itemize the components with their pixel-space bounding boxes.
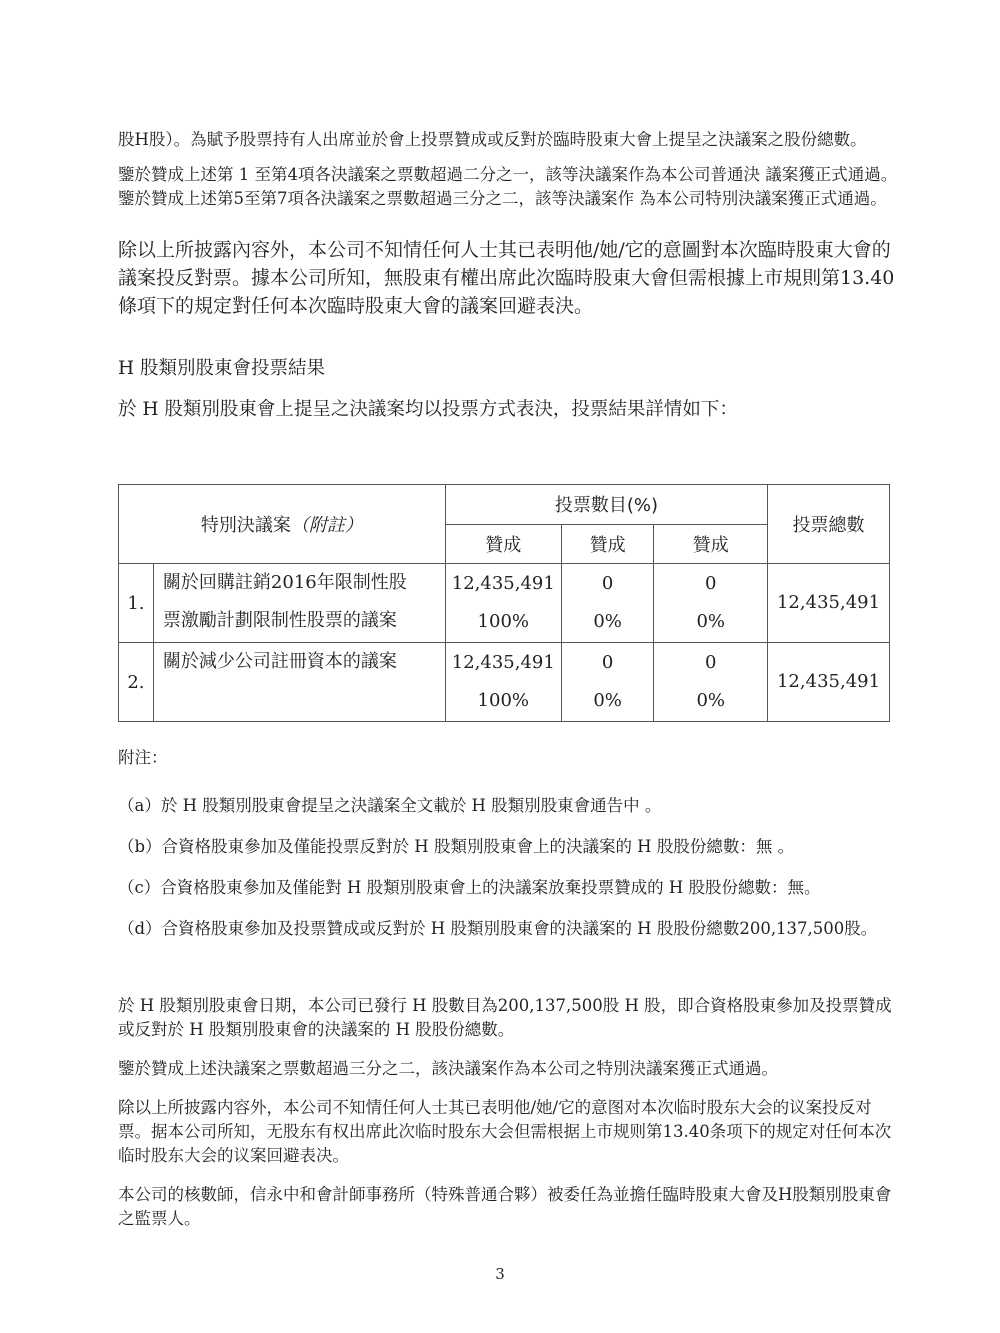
row-number: 2.: [119, 643, 154, 722]
header-special-resolution: 特別決議案（附註）: [119, 485, 446, 564]
header-sub-column-1: 贊成: [445, 524, 561, 564]
top-section: 股H股）。為賦予股票持有人出席並於會上投票贊成或反對於臨時股東大會上提呈之決議案…: [118, 128, 900, 423]
note-item-c: （c）合資格股東參加及僅能對 H 股類別股東會上的決議案放棄投票贊成的 H 股股…: [118, 876, 900, 900]
paragraph-scrutineer: 本公司的核數師，信永中和會計師事務所（特殊普通合夥）被委任為並擔任臨時股東大會及…: [118, 1183, 900, 1231]
table-row: 2. 關於減少公司註冊資本的議案 12,435,491 100% 0 0% 0 …: [119, 643, 890, 722]
header-sub-column-2: 贊成: [561, 524, 654, 564]
lower-section: 於 H 股類別股東會日期，本公司已發行 H 股數目為200,137,500股 H…: [118, 994, 900, 1246]
header-note-label: （附註）: [291, 515, 363, 536]
header-sub-column-3: 贊成: [654, 524, 768, 564]
notes-list: （a）於 H 股類別股東會提呈之決議案全文載於 H 股類別股東會通告中 。 （b…: [118, 794, 900, 958]
row-description: 關於減少公司註冊資本的議案: [153, 643, 445, 722]
paragraph-issued-h-shares: 於 H 股類別股東會日期，本公司已發行 H 股數目為200,137,500股 H…: [118, 994, 900, 1042]
vote-cell-3: 0 0%: [654, 564, 768, 643]
header-total-votes: 投票總數: [768, 485, 890, 564]
note-item-a: （a）於 H 股類別股東會提呈之決議案全文載於 H 股類別股東會通告中 。: [118, 794, 900, 818]
vote-cell-3: 0 0%: [654, 643, 768, 722]
page-number: 3: [0, 1265, 1000, 1283]
for-votes-cell: 12,435,491 100%: [445, 643, 561, 722]
note-item-d: （d）合資格股東參加及投票贊成或反對於 H 股類別股東會的決議案的 H 股股份總…: [118, 917, 900, 941]
paragraph-disclosure-simplified: 除以上所披露内容外，本公司不知情任何人士其已表明他/她/它的意图对本次临时股东大…: [118, 1096, 900, 1168]
section-intro: 於 H 股類別股東會上提呈之決議案均以投票方式表決，投票結果詳情如下：: [118, 397, 900, 423]
row-description: 關於回購註銷2016年限制性股 票激勵計劃限制性股票的議案: [153, 564, 445, 643]
vote-cell-2: 0 0%: [561, 564, 654, 643]
paragraph-special-resolution-passed: 鑒於贊成上述決議案之票數超過三分之二，該決議案作為本公司之特別決議案獲正式通過。: [118, 1057, 900, 1081]
paragraph-share-total: 股H股）。為賦予股票持有人出席並於會上投票贊成或反對於臨時股東大會上提呈之決議案…: [118, 128, 900, 152]
paragraph-disclosure-egm: 除以上所披露內容外，本公司不知情任何人士其已表明他/她/它的意圖對本次臨時股東大…: [118, 236, 900, 320]
total-votes-cell: 12,435,491: [768, 564, 890, 643]
table-row: 1. 關於回購註銷2016年限制性股 票激勵計劃限制性股票的議案 12,435,…: [119, 564, 890, 643]
header-vote-count-pct: 投票數目(%): [445, 485, 767, 525]
note-item-b: （b）合資格股東參加及僅能投票反對於 H 股類別股東會上的決議案的 H 股股份總…: [118, 835, 900, 859]
row-number: 1.: [119, 564, 154, 643]
vote-cell-2: 0 0%: [561, 643, 654, 722]
for-votes-cell: 12,435,491 100%: [445, 564, 561, 643]
total-votes-cell: 12,435,491: [768, 643, 890, 722]
section-heading-h-share-results: H 股類別股東會投票結果: [118, 356, 900, 382]
paragraph-resolutions-passed: 鑒於贊成上述第 1 至第4項各決議案之票數超過二分之一，該等決議案作為本公司普通…: [118, 163, 900, 211]
voting-results-table: 特別決議案（附註） 投票數目(%) 投票總數 贊成 贊成 贊成 1. 關於回購註…: [118, 484, 890, 722]
notes-label: 附注：: [118, 744, 168, 768]
